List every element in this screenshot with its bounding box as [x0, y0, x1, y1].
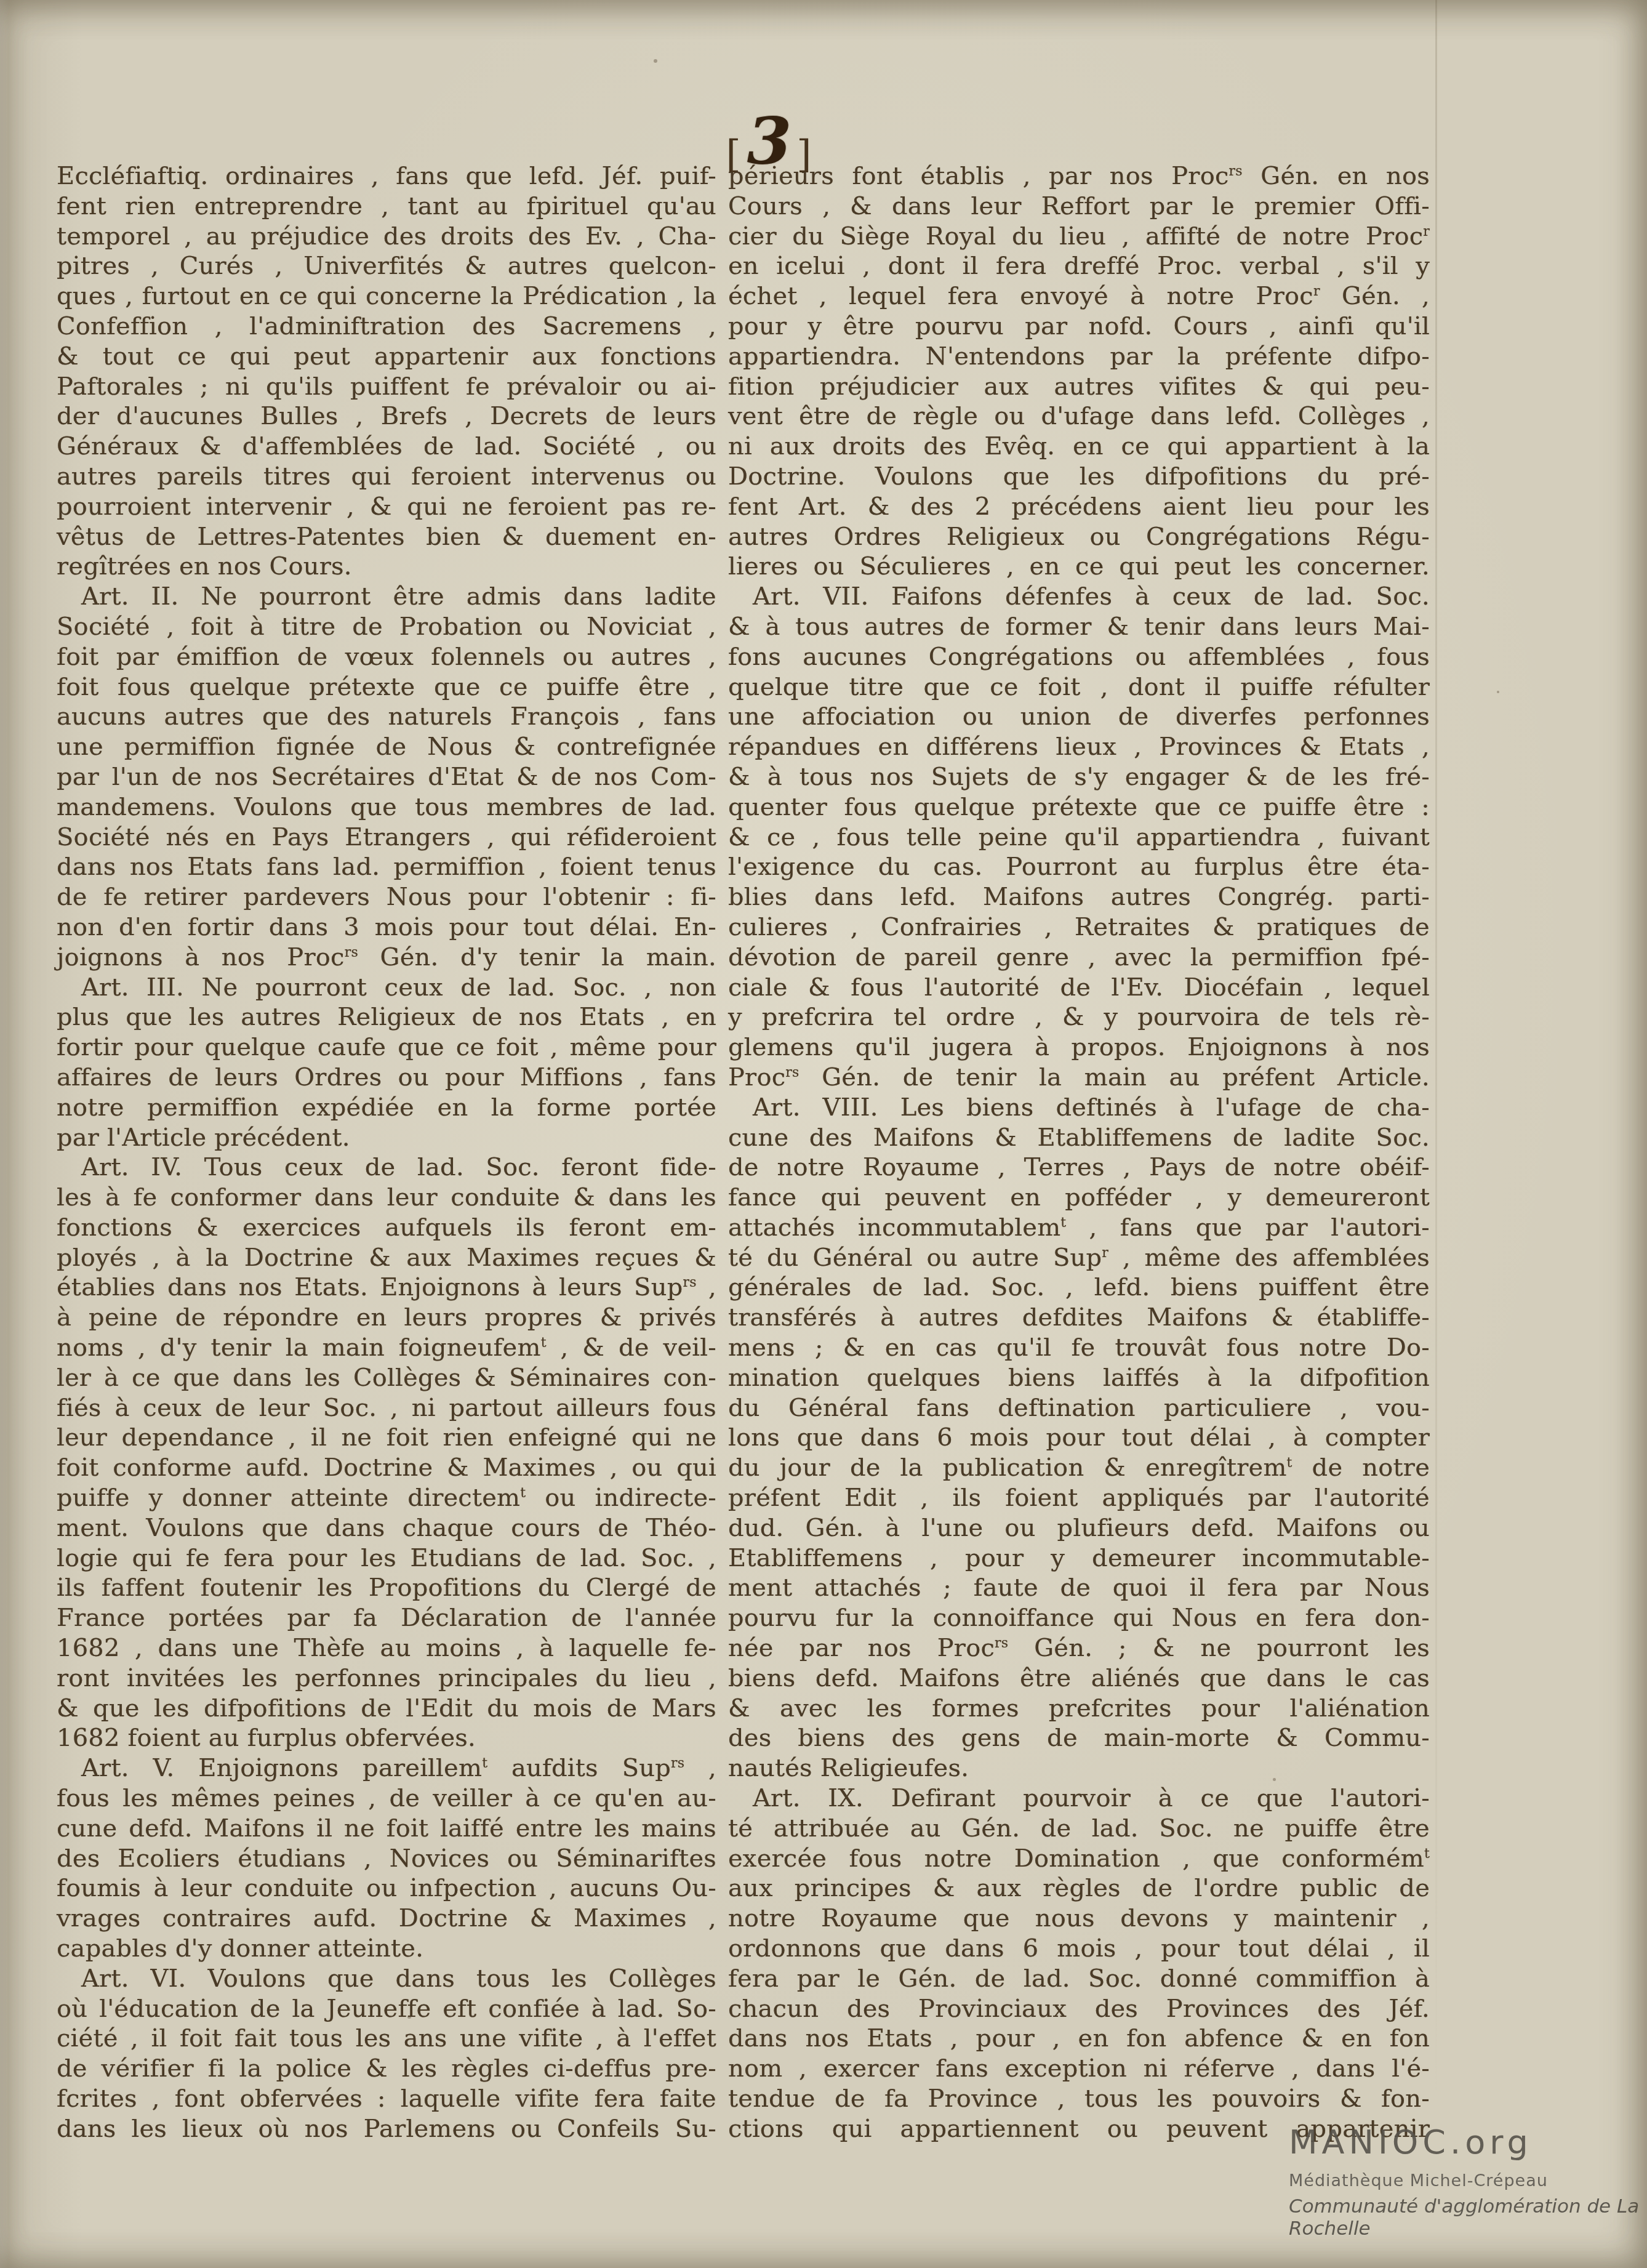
text-line: & avec les formes prefcrites pour l'alié… — [728, 1694, 1430, 1724]
text-line: Cours , & dans leur Reffort par le premi… — [728, 191, 1430, 222]
text-line: fance qui peuvent en pofféder , y demeur… — [728, 1183, 1430, 1213]
text-line: vrages contraires aufd. Doctrine & Maxim… — [57, 1904, 716, 1934]
text-line: Société , foit à titre de Probation ou N… — [57, 612, 716, 642]
text-line: notre Royaume que nous devons y mainteni… — [728, 1904, 1430, 1934]
text-line: Confeffion , l'adminiftration des Sacrem… — [57, 312, 716, 342]
text-line: cier du Siège Royal du lieu , affifté de… — [728, 222, 1430, 252]
text-line: blies dans lefd. Maifons autres Congrég.… — [728, 882, 1430, 912]
text-line: Art. VIII. Les biens deftinés à l'ufage … — [728, 1093, 1430, 1123]
text-line: fent Art. & des 2 précédens aient lieu p… — [728, 492, 1430, 522]
text-line: des biens des gens de main-morte & Commu… — [728, 1723, 1430, 1753]
text-line: échet , lequel fera envoyé à notre Procr… — [728, 281, 1430, 312]
text-line: attachés incommutablemt , fans que par l… — [728, 1213, 1430, 1243]
text-line: fcrites , font obfervées : laquelle vifi… — [57, 2084, 716, 2114]
text-line: puiffe y donner atteinte directemt ou in… — [57, 1483, 716, 1513]
text-line: lieres ou Séculieres , en ce qui peut le… — [728, 552, 1430, 582]
text-line: quelque titre que ce foit , dont il puif… — [728, 672, 1430, 702]
text-line: du Général fans deftination particuliere… — [728, 1393, 1430, 1423]
text-line: pour y être pourvu par nofd. Cours , ain… — [728, 312, 1430, 342]
text-line: les à fe conformer dans leur conduite & … — [57, 1183, 716, 1213]
text-line: culieres , Confrairies , Retraites & pra… — [728, 912, 1430, 943]
text-line: transférés à autres defdites Maifons & é… — [728, 1303, 1430, 1333]
text-line: temporel , au préjudice des droits des E… — [57, 222, 716, 252]
text-line: ques , furtout en ce qui concerne la Pré… — [57, 281, 716, 312]
text-line: 1682 foient au furplus obfervées. — [57, 1723, 716, 1753]
text-line: der d'aucunes Bulles , Brefs , Decrets d… — [57, 401, 716, 432]
text-line: ront invitées les perfonnes principales … — [57, 1663, 716, 1694]
text-line: mination quelques biens laiffés à la dif… — [728, 1363, 1430, 1393]
text-line: dans nos Etats fans lad. permiffion , fo… — [57, 852, 716, 882]
text-line: logie qui fe fera pour les Etudians de l… — [57, 1543, 716, 1574]
text-line: dévotion de pareil genre , avec la permi… — [728, 943, 1430, 973]
page-crease — [1435, 0, 1437, 2105]
text-line: dans nos Etats , pour , en fon abfence &… — [728, 2024, 1430, 2054]
watermark-library-name: Médiathèque Michel-Crépeau — [1289, 2171, 1647, 2190]
text-line: & à tous autres de former & tenir dans l… — [728, 612, 1430, 642]
text-line: foit conforme aufd. Doctrine & Maximes ,… — [57, 1453, 716, 1483]
text-line: ment. Voulons que dans chaque cours de T… — [57, 1513, 716, 1543]
text-line: Art. II. Ne pourront être admis dans lad… — [57, 582, 716, 612]
text-line: capables d'y donner atteinte. — [57, 1934, 716, 1964]
text-line: périeurs font établis , par nos Procrs G… — [728, 161, 1430, 191]
text-line: née par nos Procrs Gén. ; & ne pourront … — [728, 1633, 1430, 1663]
text-line: ment attachés ; faute de quoi il fera pa… — [728, 1573, 1430, 1603]
text-line: fent rien entreprendre , tant au fpiritu… — [57, 191, 716, 222]
text-line: pitres , Curés , Univerfités & autres qu… — [57, 251, 716, 281]
text-line: fiés à ceux de leur Soc. , ni partout ai… — [57, 1393, 716, 1423]
text-line: Doctrine. Voulons que les difpofitions d… — [728, 462, 1430, 492]
paper-speck — [654, 59, 657, 63]
text-line: à peine de répondre en leurs propres & p… — [57, 1303, 716, 1333]
text-line: foumis à leur conduite ou infpection , a… — [57, 1873, 716, 1904]
text-line: Généraux & d'affemblées de lad. Société … — [57, 432, 716, 462]
text-line: & ce , fous telle peine qu'il appartiend… — [728, 822, 1430, 853]
text-line: des Ecoliers étudians , Novices ou Sémin… — [57, 1844, 716, 1874]
text-line: cune des Maifons & Etabliffemens de ladi… — [728, 1123, 1430, 1153]
text-line: Art. V. Enjoignons pareillemt aufdits Su… — [57, 1753, 716, 1783]
text-line: préfent Edit , ils foient appliqués par … — [728, 1483, 1430, 1513]
text-line: ni aux droits des Evêq. en ce qui appart… — [728, 432, 1430, 462]
text-line: y prefcrira tel ordre , & y pourvoira de… — [728, 1002, 1430, 1032]
column-right: périeurs font établis , par nos Procrs G… — [728, 161, 1430, 2144]
text-line: aux principes & aux règles de l'ordre pu… — [728, 1873, 1430, 1904]
text-line: té du Général ou autre Supr , même des a… — [728, 1243, 1430, 1273]
text-line: ordonnons que dans 6 mois , pour tout dé… — [728, 1934, 1430, 1964]
paper-speck — [1497, 691, 1499, 693]
text-line: France portées par fa Déclaration de l'a… — [57, 1603, 716, 1633]
text-line: tendue de fa Province , tous les pouvoir… — [728, 2084, 1430, 2114]
text-line: ciale & fous l'autorité de l'Ev. Diocéfa… — [728, 973, 1430, 1003]
text-line: Eccléfiaftiq. ordinaires , fans que lefd… — [57, 161, 716, 191]
text-line: Art. IV. Tous ceux de lad. Soc. feront f… — [57, 1152, 716, 1183]
text-line: répandues en différens lieux , Provinces… — [728, 732, 1430, 762]
manioc-logo: MANIOC.org — [1289, 2123, 1647, 2161]
text-line: autres Ordres Religieux ou Congrégations… — [728, 522, 1430, 552]
text-line: Art. VI. Voulons que dans tous les Collè… — [57, 1964, 716, 1994]
text-line: cune defd. Maifons il ne foit laiffé ent… — [57, 1814, 716, 1844]
text-line: ciété , il foit fait tous les ans une vi… — [57, 2024, 716, 2054]
text-line: établies dans nos Etats. Enjoignons à le… — [57, 1273, 716, 1303]
text-line: ployés , à la Doctrine & aux Maximes reç… — [57, 1243, 716, 1273]
text-line: fera par le Gén. de lad. Soc. donné comm… — [728, 1964, 1430, 1994]
text-line: lons que dans 6 mois pour tout délai , à… — [728, 1423, 1430, 1453]
text-line: leur dependance , il ne foit rien enfeig… — [57, 1423, 716, 1453]
text-line: exercée fous notre Domination , que conf… — [728, 1844, 1430, 1874]
text-line: Procrs Gén. de tenir la main au préfent … — [728, 1063, 1430, 1093]
text-line: quenter fous quelque prétexte que ce pui… — [728, 792, 1430, 822]
text-line: té attribuée au Gén. de lad. Soc. ne pui… — [728, 1814, 1430, 1844]
text-line: autres pareils titres qui feroient inter… — [57, 462, 716, 492]
text-line: du jour de la publication & enregîtremt … — [728, 1453, 1430, 1483]
text-line: dud. Gén. à l'une ou plufieurs defd. Mai… — [728, 1513, 1430, 1543]
text-line: de notre Royaume , Terres , Pays de notr… — [728, 1152, 1430, 1183]
text-line: fition préjudicier aux autres vifites & … — [728, 372, 1430, 402]
text-line: noms , d'y tenir la main foigneufemt , &… — [57, 1333, 716, 1363]
text-line: joignons à nos Procrs Gén. d'y tenir la … — [57, 943, 716, 973]
text-line: l'exigence du cas. Pourront au furplus ê… — [728, 852, 1430, 882]
watermark-community-name: Communauté d'agglomération de La Rochell… — [1289, 2195, 1647, 2240]
text-line: notre permiffion expédiée en la forme po… — [57, 1093, 716, 1123]
text-line: & à tous nos Sujets de s'y engager & de … — [728, 762, 1430, 792]
text-line: affaires de leurs Ordres ou pour Miffion… — [57, 1063, 716, 1093]
text-line: foit fous quelque prétexte que ce puiffe… — [57, 672, 716, 702]
text-line: Art. III. Ne pourront ceux de lad. Soc. … — [57, 973, 716, 1003]
text-line: fous les mêmes peines , de veiller à ce … — [57, 1783, 716, 1814]
text-line: où l'éducation de la Jeuneffe eft confié… — [57, 1994, 716, 2024]
text-line: de vérifier fi la police & les règles ci… — [57, 2054, 716, 2084]
text-line: une affociation ou union de diverfes per… — [728, 702, 1430, 732]
text-line: Etabliffemens , pour y demeurer incommut… — [728, 1543, 1430, 1574]
text-line: ils faffent foutenir les Propofitions du… — [57, 1573, 716, 1603]
column-left: Eccléfiaftiq. ordinaires , fans que lefd… — [57, 161, 716, 2144]
text-line: foit par émiffion de vœux folennels ou a… — [57, 642, 716, 672]
text-line: fons aucunes Congrégations ou affemblées… — [728, 642, 1430, 672]
text-line: générales de lad. Soc. , lefd. biens pui… — [728, 1273, 1430, 1303]
text-line: par l'Article précédent. — [57, 1123, 716, 1153]
text-line: fonctions & exercices aufquels ils feron… — [57, 1213, 716, 1243]
document-page: [3] Eccléfiaftiq. ordinaires , fans que … — [0, 0, 1647, 2268]
text-line: Art. VII. Faifons défenfes à ceux de lad… — [728, 582, 1430, 612]
text-line: pourroient intervenir , & qui ne feroien… — [57, 492, 716, 522]
text-line: non d'en fortir dans 3 mois pour tout dé… — [57, 912, 716, 943]
text-line: nautés Religieufes. — [728, 1753, 1430, 1783]
text-line: mens ; & en cas qu'il fe trouvât fous no… — [728, 1333, 1430, 1363]
text-line: plus que les autres Religieux de nos Eta… — [57, 1002, 716, 1032]
text-line: aucuns autres que des naturels François … — [57, 702, 716, 732]
watermark: MANIOC.org Médiathèque Michel-Crépeau Co… — [1289, 2123, 1647, 2240]
text-line: vent être de règle ou d'ufage dans lefd.… — [728, 401, 1430, 432]
text-line: biens defd. Maifons être aliénés que dan… — [728, 1663, 1430, 1694]
text-line: chacun des Provinciaux des Provinces des… — [728, 1994, 1430, 2024]
text-line: & tout ce qui peut appartenir aux foncti… — [57, 342, 716, 372]
text-line: ler à ce que dans les Collèges & Séminai… — [57, 1363, 716, 1393]
text-line: une permiffion fignée de Nous & contrefi… — [57, 732, 716, 762]
text-line: fortir pour quelque caufe que ce foit , … — [57, 1032, 716, 1063]
text-line: mandemens. Voulons que tous membres de l… — [57, 792, 716, 822]
text-line: 1682 , dans une Thèfe au moins , à laque… — [57, 1633, 716, 1663]
text-line: vêtus de Lettres-Patentes bien & duement… — [57, 522, 716, 552]
text-line: glemens qu'il jugera à propos. Enjoignon… — [728, 1032, 1430, 1063]
text-line: nom , exercer fans exception ni réferve … — [728, 2054, 1430, 2084]
text-line: Société nés en Pays Etrangers , qui réfi… — [57, 822, 716, 853]
text-line: & que les difpofitions de l'Edit du mois… — [57, 1694, 716, 1724]
text-line: regîtrées en nos Cours. — [57, 552, 716, 582]
text-line: Paftorales ; ni qu'ils puiffent fe préva… — [57, 372, 716, 402]
text-line: Art. IX. Defirant pourvoir à ce que l'au… — [728, 1783, 1430, 1814]
text-line: dans les lieux où nos Parlemens ou Confe… — [57, 2114, 716, 2144]
text-line: par l'un de nos Secrétaires d'Etat & de … — [57, 762, 716, 792]
text-line: de fe retirer pardevers Nous pour l'obte… — [57, 882, 716, 912]
text-line: pourvu fur la connoiffance qui Nous en f… — [728, 1603, 1430, 1633]
text-line: appartiendra. N'entendons par la préfent… — [728, 342, 1430, 372]
text-line: en icelui , dont il fera dreffé Proc. ve… — [728, 251, 1430, 281]
